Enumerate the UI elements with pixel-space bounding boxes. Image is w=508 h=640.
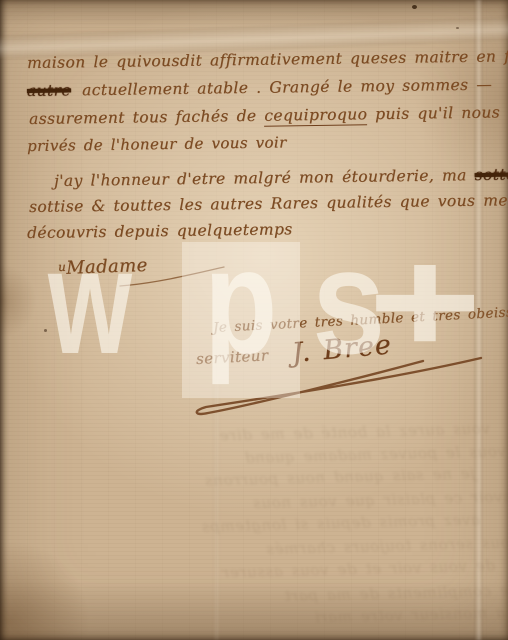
ink-speck bbox=[44, 329, 47, 332]
letter-line-7: découvris depuis quelquetemps bbox=[27, 220, 293, 242]
letter-line-1: maison le quivousdit affirmativement que… bbox=[27, 47, 508, 72]
ink-speck bbox=[456, 27, 459, 29]
letter-line-6: sottise & touttes les autres Rares quali… bbox=[29, 191, 508, 216]
letter-line-3-post: puis qu'il nous a bbox=[367, 103, 508, 123]
underlined-word: cequiproquo bbox=[264, 105, 367, 126]
letter-line-4: privés de l'honeur de vous voir bbox=[27, 133, 287, 155]
letter-line-3: assurement tous fachés de cequiproquo pu… bbox=[29, 103, 508, 128]
letter-line-5-text: j'ay l'honneur d'etre malgré mon étourde… bbox=[54, 166, 467, 190]
letter-line-5: j'ay l'honneur d'etre malgré mon étourde… bbox=[54, 166, 508, 190]
watermark-letter-w: w bbox=[48, 226, 132, 376]
watermark-p-box bbox=[182, 242, 300, 398]
letter-line-3-pre: assurement tous fachés de bbox=[29, 107, 264, 128]
struck-word: autre bbox=[27, 81, 71, 100]
letter-line-2: autreactuellement atable . Grangé le moy… bbox=[27, 76, 492, 100]
ink-speck bbox=[412, 5, 417, 9]
struck-word: sotte bbox=[475, 166, 508, 185]
letter-line-2-text: actuellement atable . Grangé le moy somm… bbox=[82, 76, 492, 100]
letter-photograph: vous aurez la bonté de me dire si vous l… bbox=[0, 0, 508, 640]
